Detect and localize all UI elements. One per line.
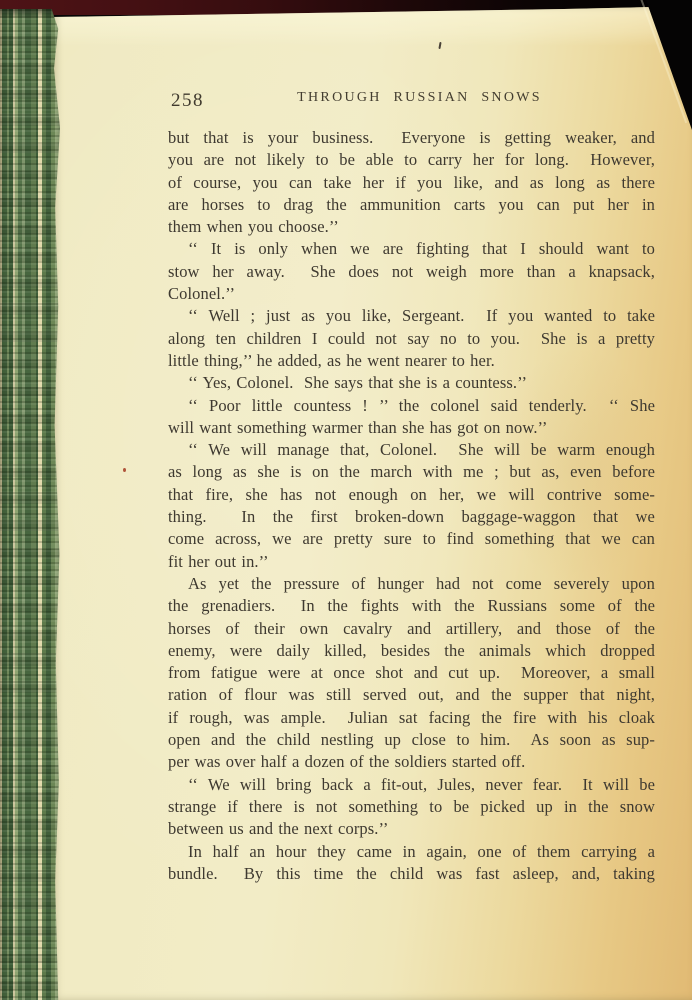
page-number: 258 — [171, 90, 204, 112]
text-line: stow her away. She does not weigh more t… — [168, 261, 655, 283]
text-line: of course, you can take her if you like,… — [168, 172, 655, 194]
text-block: but that is your business. Everyone is g… — [168, 127, 655, 885]
book-scan: 258 THROUGH RUSSIAN SNOWS but that is yo… — [0, 0, 692, 1000]
text-line: ‘‘ We will bring back a fit-out, Jules, … — [168, 774, 655, 796]
text-line: enemy, were daily killed, besides the an… — [168, 640, 655, 662]
text-line: between us and the next corps.’’ — [168, 818, 655, 840]
page-edge-stack — [0, 9, 60, 1000]
text-line: open and the child nestling up close to … — [168, 729, 655, 751]
text-line: will want something warmer than she has … — [168, 417, 655, 439]
text-line: the grenadiers. In the fights with the R… — [168, 595, 655, 617]
running-head: 258 THROUGH RUSSIAN SNOWS — [168, 90, 655, 112]
text-line: thing. In the first broken-down baggage-… — [168, 506, 655, 528]
text-line: are horses to drag the ammunition carts … — [168, 194, 655, 216]
book-page: 258 THROUGH RUSSIAN SNOWS but that is yo… — [52, 6, 692, 1000]
text-line: As yet the pressure of hunger had not co… — [168, 573, 655, 595]
text-line: them when you choose.’’ — [168, 216, 655, 238]
text-line: per was over half a dozen of the soldier… — [168, 751, 655, 773]
paragraph: ‘‘ Yes, Colonel. She says that she is a … — [168, 372, 655, 394]
text-line: Colonel.’’ — [168, 283, 655, 305]
text-line: fit her out in.’’ — [168, 551, 655, 573]
ink-speck — [438, 42, 441, 49]
text-line: that fire, she has not enough on her, we… — [168, 484, 655, 506]
paragraph: ‘‘ We will manage that, Colonel. She wil… — [168, 439, 655, 573]
text-line: you are not likely to be able to carry h… — [168, 149, 655, 171]
text-line: ‘‘ Poor little countess ! ’’ the colonel… — [168, 395, 655, 417]
paragraph: ‘‘ It is only when we are fighting that … — [168, 238, 655, 305]
red-speck — [123, 468, 126, 472]
text-line: ration of flour was still served out, an… — [168, 684, 655, 706]
text-line: little thing,’’ he added, as he went nea… — [168, 350, 655, 372]
paragraph: but that is your business. Everyone is g… — [168, 127, 655, 238]
paragraph: ‘‘ We will bring back a fit-out, Jules, … — [168, 774, 655, 841]
paragraph: ‘‘ Poor little countess ! ’’ the colonel… — [168, 395, 655, 440]
text-line: if rough, was ample. Julian sat facing t… — [168, 707, 655, 729]
text-line: but that is your business. Everyone is g… — [168, 127, 655, 149]
text-line: horses of their own cavalry and artiller… — [168, 618, 655, 640]
text-line: strange if there is not something to be … — [168, 796, 655, 818]
paragraph: As yet the pressure of hunger had not co… — [168, 573, 655, 774]
text-line: bundle. By this time the child was fast … — [168, 863, 655, 885]
text-line: ‘‘ Well ; just as you like, Sergeant. If… — [168, 305, 655, 327]
text-line: ‘‘ Yes, Colonel. She says that she is a … — [168, 372, 655, 394]
paragraph: In half an hour they came in again, one … — [168, 841, 655, 886]
paragraph: ‘‘ Well ; just as you like, Sergeant. If… — [168, 305, 655, 372]
running-title: THROUGH RUSSIAN SNOWS — [168, 90, 655, 106]
text-line: ‘‘ We will manage that, Colonel. She wil… — [168, 439, 655, 461]
text-line: ‘‘ It is only when we are fighting that … — [168, 238, 655, 260]
text-line: come across, we are pretty sure to find … — [168, 528, 655, 550]
text-line: as long as she is on the march with me ;… — [168, 461, 655, 483]
text-line: from fatigue were at once shot and cut u… — [168, 662, 655, 684]
text-line: along ten children I could not say no to… — [168, 328, 655, 350]
text-line: In half an hour they came in again, one … — [168, 841, 655, 863]
